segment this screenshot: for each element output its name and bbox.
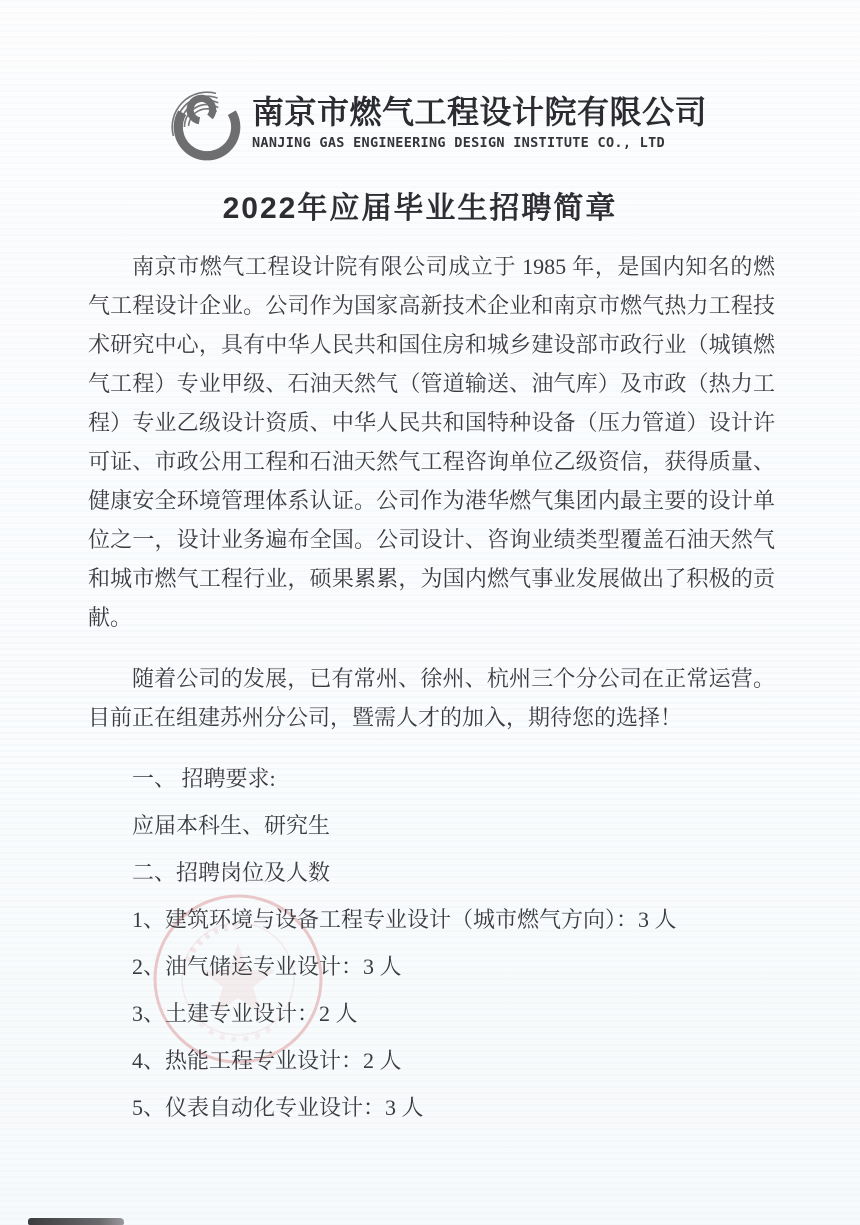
document-title: 2022年应届毕业生招聘简章 xyxy=(0,183,840,227)
company-names: 南京市燃气工程设计院有限公司 NANJING GAS ENGINEERING D… xyxy=(252,86,707,151)
position-item-4: 4、热能工程专业设计：2 人 xyxy=(88,1041,775,1080)
letterhead: 南京市燃气工程设计院有限公司 NANJING GAS ENGINEERING D… xyxy=(166,86,707,168)
document-body: 南京市燃气工程设计院有限公司成立于 1985 年，是国内知名的燃气工程设计企业。… xyxy=(88,247,775,1127)
company-name-en: NANJING GAS ENGINEERING DESIGN INSTITUTE… xyxy=(252,135,707,151)
scan-edge-smudge xyxy=(28,1218,124,1225)
requirements-line: 应届本科生、研究生 xyxy=(88,806,775,845)
branches-paragraph: 随着公司的发展，已有常州、徐州、杭州三个分公司在正常运营。目前正在组建苏州分公司… xyxy=(88,659,775,737)
scanned-document-page: 南京市燃气工程设计院有限公司 NANJING GAS ENGINEERING D… xyxy=(0,0,860,1225)
section-requirements-heading: 一、 招聘要求: xyxy=(88,759,775,798)
position-item-2: 2、油气储运专业设计：3 人 xyxy=(88,947,775,986)
position-item-1: 1、建筑环境与设备工程专业设计（城市燃气方向）：3 人 xyxy=(88,900,775,939)
intro-paragraph: 南京市燃气工程设计院有限公司成立于 1985 年，是国内知名的燃气工程设计企业。… xyxy=(88,247,775,637)
position-item-5: 5、仪表自动化专业设计：3 人 xyxy=(88,1088,775,1127)
position-item-3: 3、土建专业设计：2 人 xyxy=(88,994,775,1033)
company-name-zh: 南京市燃气工程设计院有限公司 xyxy=(252,92,707,132)
section-positions-heading: 二、招聘岗位及人数 xyxy=(88,853,775,892)
company-logo-icon xyxy=(166,86,248,168)
